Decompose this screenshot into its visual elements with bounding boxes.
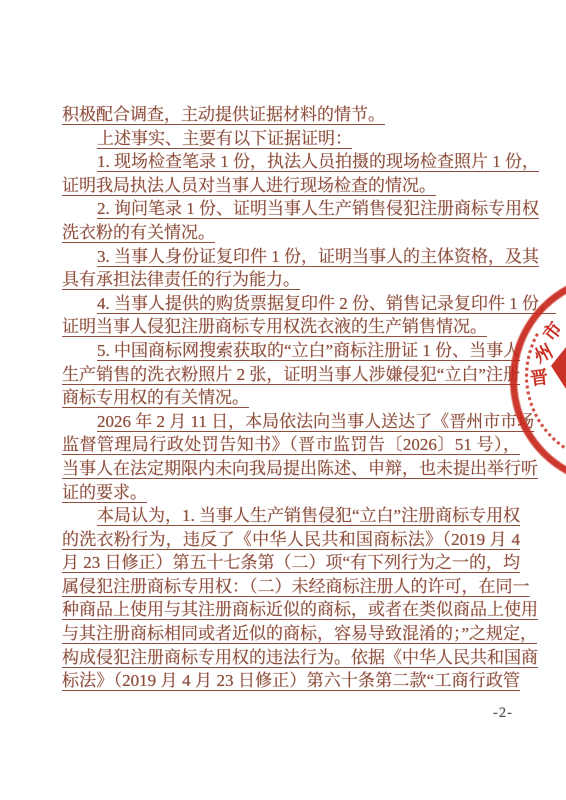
seal-character: 市 (536, 316, 566, 346)
text-line: 的洗衣粉行为，违反了《中华人民共和国商标法》（2019 月 4 (62, 528, 520, 552)
text-line: 2. 询问笔录 1 份、证明当事人生产销售侵犯注册商标专用权 (62, 197, 520, 221)
text-line: 标法》（2019 月 4 月 23 日修正）第六十条第二款“工商行政管 (62, 669, 520, 693)
text-line: 当事人在法定期限内未向我局提出陈述、申辩，也未提出举行听 (62, 457, 520, 481)
text-line: 商标专用权的有关情况。 (62, 386, 520, 410)
text-line: 洗衣粉的有关情况。 (62, 221, 520, 245)
text-line: 构成侵犯注册商标专用权的违法行为。依据《中华人民共和国商 (62, 646, 520, 670)
text-line: 生产销售的洗衣粉照片 2 张，证明当事人涉嫌侵犯“立白”注册 (62, 363, 520, 387)
text-line: 与其注册商标相同或者近似的商标，容易导致混淆的；”之规定， (62, 622, 520, 646)
body-text: 积极配合调查，主动提供证据材料的情节。 上述事实、主要有以下证据证明： 1. 现… (62, 103, 520, 693)
seal-character: 晋 (528, 363, 549, 391)
text-line: 证的要求。 (62, 481, 520, 505)
text-line: 2026 年 2 月 11 日，本局依法向当事人送达了《晋州市市场 (62, 410, 520, 434)
text-line: 4. 当事人提供的购货票据复印件 2 份、销售记录复印件 1 份， (62, 292, 520, 316)
text-line: 属侵犯注册商标专用权：（二）未经商标注册人的许可，在同一 (62, 575, 520, 599)
text-line: 上述事实、主要有以下证据证明： (62, 127, 520, 151)
page-number: -2- (493, 705, 513, 722)
text-line: 种商品上使用与其注册商标近似的商标，或者在类似商品上使用 (62, 598, 520, 622)
text-line: 监督管理局行政处罚告知书》（晋市监罚告〔2026〕51 号）， (62, 433, 520, 457)
seal-star-icon (551, 347, 566, 389)
text-line: 1. 现场检查笔录 1 份，执法人员拍摄的现场检查照片 1 份， (62, 150, 520, 174)
text-line: 3. 当事人身份证复印件 1 份，证明当事人的主体资格，及其 (62, 245, 520, 269)
text-line: 证明我局执法人员对当事人进行现场检查的情况。 (62, 174, 520, 198)
text-line: 5. 中国商标网搜索获取的“立白”商标注册证 1 份、当事人 (62, 339, 520, 363)
text-line: 积极配合调查，主动提供证据材料的情节。 (62, 103, 520, 127)
text-line: 本局认为，1. 当事人生产销售侵犯“立白”注册商标专用权 (62, 504, 520, 528)
text-line: 证明当事人侵犯注册商标专用权洗衣液的生产销售情况。 (62, 315, 520, 339)
text-line: 具有承担法律责任的行为能力。 (62, 268, 520, 292)
document-page: 积极配合调查，主动提供证据材料的情节。 上述事实、主要有以下证据证明： 1. 现… (0, 0, 566, 800)
text-line: 月 23 日修正）第五十七条第（二）项“有下列行为之一的，均 (62, 551, 520, 575)
seal-character: 州 (529, 337, 557, 368)
